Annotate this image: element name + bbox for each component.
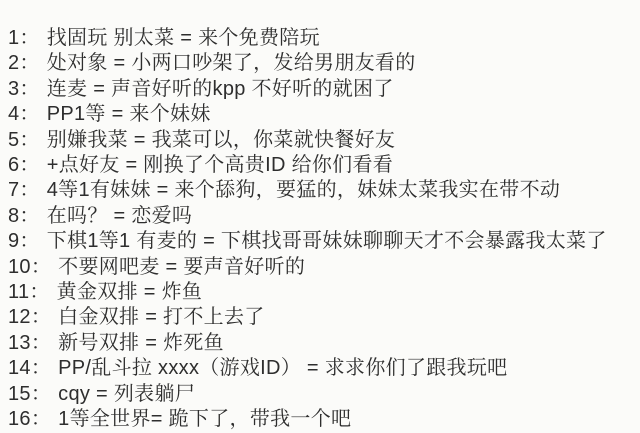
line-number: 7：	[8, 178, 40, 203]
line-number: 13：	[8, 331, 51, 356]
list-line: 11： 黄金双排 = 炸鱼	[8, 280, 636, 305]
line-text: 在吗？ = 恋爱吗	[47, 204, 193, 229]
list-line: 4： PP1等 = 来个妹妹	[8, 102, 636, 127]
list-line: 6： +点好友 = 刚换了个高贵ID 给你们看看	[8, 153, 636, 178]
list-line: 12： 白金双排 = 打不上去了	[8, 305, 636, 330]
line-text: cqy = 列表躺尸	[58, 382, 195, 407]
line-text: PP/乱斗拉 xxxx（游戏ID） = 求求你们了跟我玩吧	[58, 356, 507, 381]
list-line: 5： 别嫌我菜 = 我菜可以，你菜就快餐好友	[8, 128, 636, 153]
list-line: 16： 1等全世界= 跪下了，带我一个吧	[8, 407, 636, 432]
line-number: 16：	[8, 407, 51, 432]
list-line: 3： 连麦 = 声音好听的kpp 不好听的就困了	[8, 77, 636, 102]
list-line: 7： 4等1有妹妹 = 来个舔狗，要猛的，妹妹太菜我实在带不动	[8, 178, 636, 203]
line-number: 12：	[8, 305, 51, 330]
list-line: 1： 找固玩 别太菜 = 来个免费陪玩	[8, 26, 636, 51]
line-number: 3：	[8, 77, 40, 102]
line-number: 15：	[8, 382, 51, 407]
line-number: 1：	[8, 26, 40, 51]
line-number: 6：	[8, 153, 40, 178]
list-line: 10： 不要网吧麦 = 要声音好听的	[8, 255, 636, 280]
line-number: 4：	[8, 102, 40, 127]
line-number: 11：	[8, 280, 50, 305]
line-number: 14：	[8, 356, 51, 381]
line-number: 9：	[8, 229, 40, 254]
page: { "page": { "background_color": "#fbfbf9…	[0, 0, 640, 433]
list-line: 2： 处对象 = 小两口吵架了，发给男朋友看的	[8, 51, 636, 76]
line-text: 别嫌我菜 = 我菜可以，你菜就快餐好友	[47, 128, 396, 153]
text-list: 1： 找固玩 别太菜 = 来个免费陪玩 2： 处对象 = 小两口吵架了，发给男朋…	[0, 0, 640, 433]
line-text: 1等全世界= 跪下了，带我一个吧	[58, 407, 351, 432]
list-line: 14： PP/乱斗拉 xxxx（游戏ID） = 求求你们了跟我玩吧	[8, 356, 636, 381]
list-line: 9： 下棋1等1 有麦的 = 下棋找哥哥妹妹聊聊天才不会暴露我太菜了	[8, 229, 636, 254]
list-line: 13： 新号双排 = 炸死鱼	[8, 331, 636, 356]
line-text: 白金双排 = 打不上去了	[58, 305, 264, 330]
line-number: 10：	[8, 255, 51, 280]
line-text: 处对象 = 小两口吵架了，发给男朋友看的	[47, 51, 416, 76]
line-text: 新号双排 = 炸死鱼	[58, 331, 224, 356]
line-text: 找固玩 别太菜 = 来个免费陪玩	[47, 26, 320, 51]
line-text: +点好友 = 刚换了个高贵ID 给你们看看	[47, 153, 393, 178]
list-line: 15： cqy = 列表躺尸	[8, 382, 636, 407]
line-number: 8：	[8, 204, 40, 229]
line-text: 连麦 = 声音好听的kpp 不好听的就困了	[47, 77, 394, 102]
line-text: PP1等 = 来个妹妹	[47, 102, 211, 127]
line-text: 黄金双排 = 炸鱼	[57, 280, 203, 305]
line-text: 4等1有妹妹 = 来个舔狗，要猛的，妹妹太菜我实在带不动	[47, 178, 560, 203]
line-number: 2：	[8, 51, 40, 76]
line-text: 不要网吧麦 = 要声音好听的	[58, 255, 305, 280]
line-number: 5：	[8, 128, 40, 153]
list-line: 8： 在吗？ = 恋爱吗	[8, 204, 636, 229]
line-text: 下棋1等1 有麦的 = 下棋找哥哥妹妹聊聊天才不会暴露我太菜了	[47, 229, 607, 254]
